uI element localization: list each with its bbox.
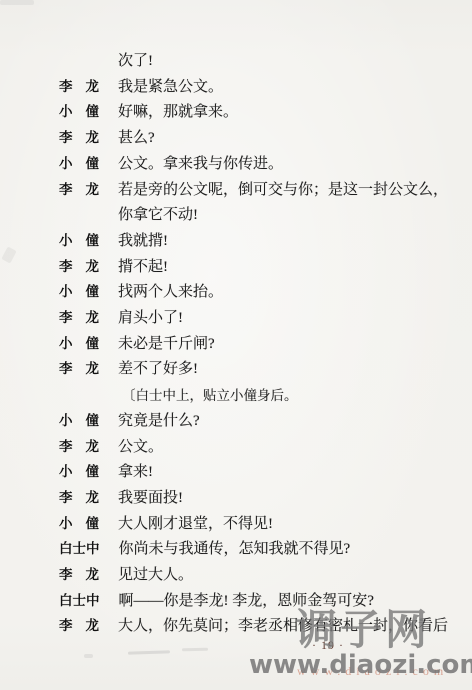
dialogue-text: 找两个人来抬。 [118, 280, 450, 306]
dialogue-text: 你尚未与我通传，怎知我就不得见? [119, 537, 451, 563]
speaker-name: 小僮 [59, 280, 99, 306]
paper-smudge [84, 654, 93, 658]
dialogue-text: 大人刚才退堂，不得见! [118, 512, 450, 538]
speaker-name: 小僮 [59, 229, 99, 255]
script-line: 李龙肩头小了! [0, 306, 472, 332]
speaker-name-char: 龙 [86, 178, 100, 204]
script-line: 小僮好嘛，那就拿来。 [0, 100, 472, 126]
speaker-name-char: 僮 [86, 280, 100, 306]
speaker-name-char: 僮 [86, 409, 100, 435]
paper-smudge [0, 0, 34, 5]
dialogue-text: 差不了好多! [118, 357, 450, 383]
script-line: 小僮找两个人来抬。 [0, 280, 472, 306]
speaker-name-char: 僮 [86, 152, 100, 178]
speaker-name: 李龙 [59, 563, 99, 589]
speaker-name-char: 小 [59, 332, 73, 358]
speaker-name: 李龙 [59, 178, 99, 204]
script-line: 小僮我就揹! [0, 229, 472, 255]
speaker-name-char: 龙 [86, 75, 100, 101]
stage-direction-line: 〔白士中上，贴立小僮身后。 [0, 383, 472, 409]
speaker-name: 李龙 [59, 255, 99, 281]
speaker-name: 李龙 [59, 357, 99, 383]
script-line: 李龙见过大人。 [0, 563, 472, 589]
speaker-name: 白士中 [59, 537, 100, 563]
speaker-name-char: 龙 [86, 614, 100, 640]
script-line: 次了! [0, 49, 472, 75]
script-line: 小僮公文。拿来我与你传进。 [0, 152, 472, 178]
speaker-name-char: 小 [59, 512, 73, 538]
speaker-name-char: 李 [59, 614, 73, 640]
speaker-name-char: 僮 [86, 460, 100, 486]
speaker-name-char: 李 [59, 563, 73, 589]
script-line: 李龙我是紧急公文。 [0, 75, 472, 101]
book-page: 次了!李龙我是紧急公文。小僮好嘛，那就拿来。李龙甚么?小僮公文。拿来我与你传进。… [0, 0, 472, 690]
speaker-name-char: 李 [59, 435, 73, 461]
speaker-name-char: 龙 [86, 563, 100, 589]
speaker-name: 小僮 [59, 332, 99, 358]
dialogue-text: 我是紧急公文。 [118, 75, 450, 101]
script-line: 小僮未必是千斤闸? [0, 332, 472, 358]
speaker-name: 李龙 [59, 126, 99, 152]
stage-direction-text: 〔白士中上，贴立小僮身后。 [118, 383, 454, 409]
script-line: 小僮究竟是什么? [0, 409, 472, 435]
speaker-name: 李龙 [59, 306, 99, 332]
speaker-name-char: 李 [59, 486, 73, 512]
dialogue-text: 肩头小了! [118, 306, 450, 332]
dialogue-text: 我要面投! [118, 486, 450, 512]
speaker-name-char: 中 [86, 589, 100, 615]
script-line: 李龙差不了好多! [0, 357, 472, 383]
speaker-name-char: 李 [59, 178, 73, 204]
dialogue-text: 见过大人。 [118, 563, 450, 589]
speaker-name-char: 士 [73, 537, 87, 563]
speaker-name-char: 僮 [86, 512, 100, 538]
speaker-name: 小僮 [59, 512, 99, 538]
watermark-url: www.diaozi.com [249, 650, 472, 680]
speaker-name: 小僮 [59, 152, 99, 178]
speaker-name-char: 李 [59, 255, 73, 281]
script-line: 李龙甚么? [0, 126, 472, 152]
script-line: 李龙揹不起! [0, 255, 472, 281]
script-line: 小僮拿来! [0, 460, 472, 486]
paper-smudge [128, 650, 170, 654]
script-line: 小僮大人刚才退堂，不得见! [0, 512, 472, 538]
script-line: 李龙公文。 [0, 435, 472, 461]
dialogue-text: 未必是千斤闸? [118, 332, 450, 358]
speaker-name-char: 白 [59, 537, 73, 563]
speaker-name: 小僮 [59, 409, 99, 435]
speaker-name-char: 小 [59, 100, 73, 126]
speaker-name-char: 龙 [86, 435, 100, 461]
speaker-name-char: 李 [59, 75, 73, 101]
speaker-name-char: 小 [59, 152, 73, 178]
dialogue-text: 究竟是什么? [118, 409, 450, 435]
dialogue-text: 揹不起! [118, 255, 450, 281]
speaker-name-char: 李 [59, 306, 73, 332]
dialogue-text: 公文。拿来我与你传进。 [118, 152, 450, 178]
dialogue-text: 甚么? [118, 126, 450, 152]
dialogue-text: 公文。 [118, 435, 450, 461]
speaker-name-char: 龙 [86, 126, 100, 152]
speaker-name: 李龙 [59, 486, 99, 512]
speaker-name-char: 小 [59, 280, 73, 306]
dialogue-text: 次了! [118, 49, 450, 75]
speaker-name-char: 龙 [86, 357, 100, 383]
speaker-name-char: 李 [59, 126, 73, 152]
speaker-name: 李龙 [59, 435, 99, 461]
speaker-name-char: 龙 [86, 306, 100, 332]
speaker-name-char: 僮 [86, 229, 100, 255]
speaker-name-char: 士 [73, 589, 87, 615]
speaker-name-char: 小 [59, 460, 73, 486]
script-line: 李龙若是旁的公文呢，倒可交与你；是这一封公文么，你拿它不动! [0, 178, 472, 229]
script-line: 李龙我要面投! [0, 486, 472, 512]
speaker-name-char: 李 [59, 357, 73, 383]
speaker-name-char: 中 [86, 537, 100, 563]
speaker-name-char: 小 [59, 229, 73, 255]
speaker-name: 小僮 [59, 460, 99, 486]
speaker-name-char: 小 [59, 409, 73, 435]
speaker-name-char: 白 [59, 589, 73, 615]
speaker-name-char: 僮 [86, 332, 100, 358]
speaker-name-char: 龙 [86, 486, 100, 512]
paper-smudge [182, 648, 208, 651]
speaker-name: 李龙 [59, 614, 99, 640]
script-text-block: 次了!李龙我是紧急公文。小僮好嘛，那就拿来。李龙甚么?小僮公文。拿来我与你传进。… [0, 49, 472, 640]
speaker-name-char: 龙 [86, 255, 100, 281]
dialogue-text: 若是旁的公文呢，倒可交与你；是这一封公文么，你拿它不动! [118, 178, 450, 229]
speaker-name-char: 僮 [86, 100, 100, 126]
speaker-name: 小僮 [59, 100, 99, 126]
dialogue-text: 好嘛，那就拿来。 [118, 100, 450, 126]
speaker-name: 李龙 [59, 75, 99, 101]
watermark-brand: 调子网 [295, 607, 430, 653]
dialogue-text: 拿来! [118, 460, 450, 486]
speaker-name: 白士中 [59, 589, 100, 615]
dialogue-text: 我就揹! [118, 229, 450, 255]
script-line: 白士中你尚未与我通传，怎知我就不得见? [0, 537, 472, 563]
